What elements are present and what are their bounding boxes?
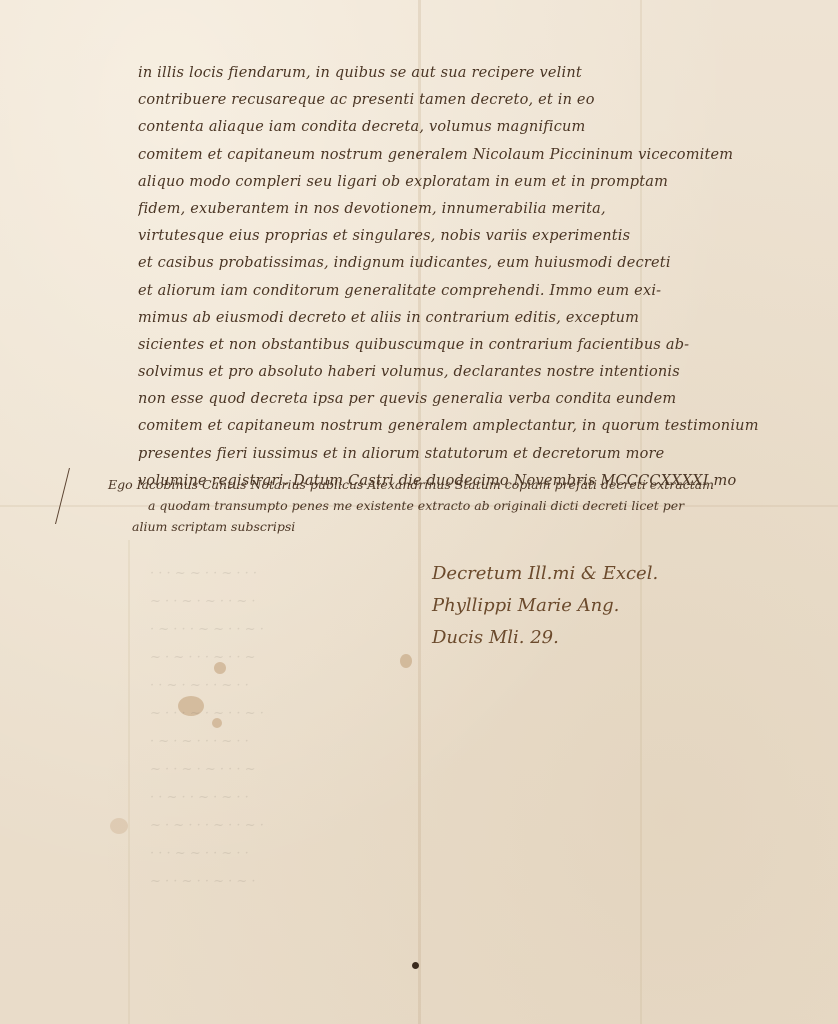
decree-body-text: in illis locis fiendarum, in quibus se a… [138,60,768,495]
attestation-line: alium scriptam subscripsi [108,516,768,537]
text-line: contribuere recusareque ac presenti tame… [138,87,768,114]
text-line: et casibus probatissimas, indignum iudic… [138,250,768,277]
manuscript-page: · · · ~ ~ · · ~ · · · ~ · · ~ · ~ · · ~ … [0,0,838,1024]
text-line: sicientes et non obstantibus quibuscumqu… [138,332,768,359]
archival-endorsement: Decretum Ill.mi & Excel. Phyllippi Marie… [432,558,672,654]
endorsement-line: Phyllippi Marie Ang. [432,590,672,622]
text-line: solvimus et pro absoluto haberi volumus,… [138,359,768,386]
ink-dot [412,962,419,969]
text-line: mimus ab eiusmodi decreto et aliis in co… [138,305,768,332]
attestation-line: Ego Iacobinus Cantus Notarius publicus A… [108,474,768,495]
notary-attestation: Ego Iacobinus Cantus Notarius publicus A… [108,474,768,537]
text-line: et aliorum iam conditorum generalitate c… [138,278,768,305]
text-line: fidem, exuberantem in nos devotionem, in… [138,196,768,223]
text-line: comitem et capitaneum nostrum generalem … [138,413,768,440]
endorsement-line: Decretum Ill.mi & Excel. [432,558,672,590]
text-line: aliquo modo compleri seu ligari ob explo… [138,169,768,196]
text-line: presentes fieri iussimus et in aliorum s… [138,441,768,468]
text-line: virtutesque eius proprias et singulares,… [138,223,768,250]
text-line: non esse quod decreta ipsa per quevis ge… [138,386,768,413]
notary-margin-mark [55,468,84,524]
foxing-stain [110,818,128,834]
endorsement-line: Ducis Mli. 29. [432,622,672,654]
attestation-line: a quodam transumpto penes me existente e… [108,495,768,516]
text-line: contenta aliaque iam condita decreta, vo… [138,114,768,141]
text-line: comitem et capitaneum nostrum generalem … [138,142,768,169]
vertical-fold-line [128,540,130,1024]
text-line: in illis locis fiendarum, in quibus se a… [138,60,768,87]
